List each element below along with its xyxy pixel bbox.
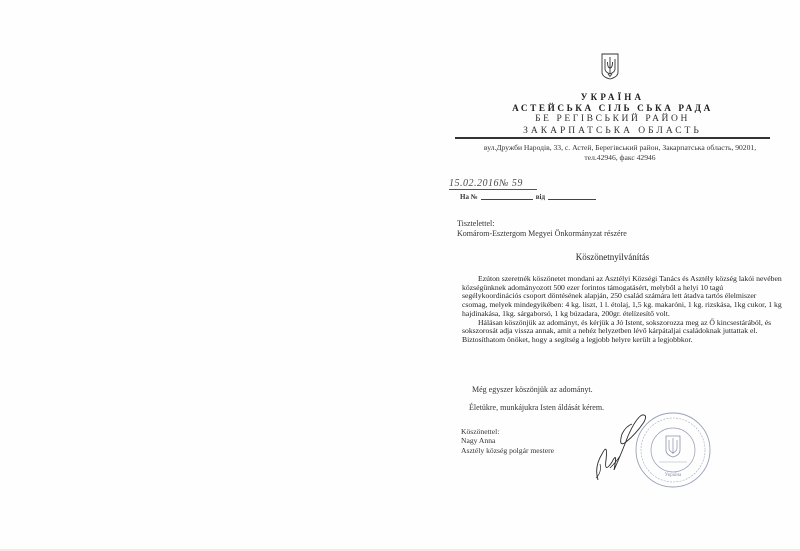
scanned-letter-page: УКРАЇНА АСТЕЙСЬКА СІЛЬ СЬКА РАДА БЕ РЕГІ…: [0, 0, 800, 551]
body-paragraph: Ezúton szeretnék köszönetet mondani az A…: [462, 275, 782, 319]
letterhead-address: вул.Дружби Народів, 33, с. Астей, Берегі…: [455, 143, 785, 152]
body-paragraph: Hálásan köszönjük az adományt, és kérjük…: [462, 319, 782, 345]
letterhead-country: УКРАЇНА: [455, 92, 770, 102]
signer-name: Nagy Anna: [461, 436, 554, 445]
letterhead-divider: [455, 137, 770, 139]
closing-blessing: Életükre, munkájukra Isten áldását kérem…: [469, 403, 604, 412]
salutation: Tisztelettel:: [457, 219, 494, 228]
signoff-block: Köszönettel: Nagy Anna Asztély község po…: [461, 427, 554, 455]
reference-line: На №від: [460, 193, 599, 201]
reference-date-blank: [548, 199, 596, 200]
outgoing-underline: [449, 189, 537, 190]
letterhead-phone-fax: тел.42946, факс 42946: [455, 153, 785, 162]
ukraine-coat-of-arms-icon: [601, 53, 619, 80]
signoff-greeting: Köszönettel:: [461, 427, 554, 436]
closing-thanks: Még egyszer köszönjük az adományt.: [472, 385, 593, 394]
letter-body: Ezúton szeretnék köszönetet mondani az A…: [462, 275, 782, 345]
letter-title: Köszönetnyilvánítás: [455, 252, 770, 262]
reference-prefix: На №: [460, 193, 478, 201]
letterhead-council: АСТЕЙСЬКА СІЛЬ СЬКА РАДА: [455, 103, 770, 113]
letterhead-district: БЕ РЕГІВСЬКИЙ РАЙОН: [455, 114, 770, 124]
handwritten-date-number: 15.02.2016№ 59: [449, 178, 523, 189]
letterhead-region: ЗАКАРПАТСЬКА ОБЛАСТЬ: [455, 126, 770, 136]
outgoing-reference: 15.02.2016№ 59: [449, 179, 539, 191]
handwritten-signature-icon: [592, 412, 650, 482]
reference-middle: від: [536, 193, 545, 201]
signer-position: Asztély község polgár mestere: [461, 446, 554, 455]
reference-number-blank: [481, 199, 533, 200]
addressee: Komárom-Esztergom Megyei Önkormányzat ré…: [457, 229, 627, 238]
